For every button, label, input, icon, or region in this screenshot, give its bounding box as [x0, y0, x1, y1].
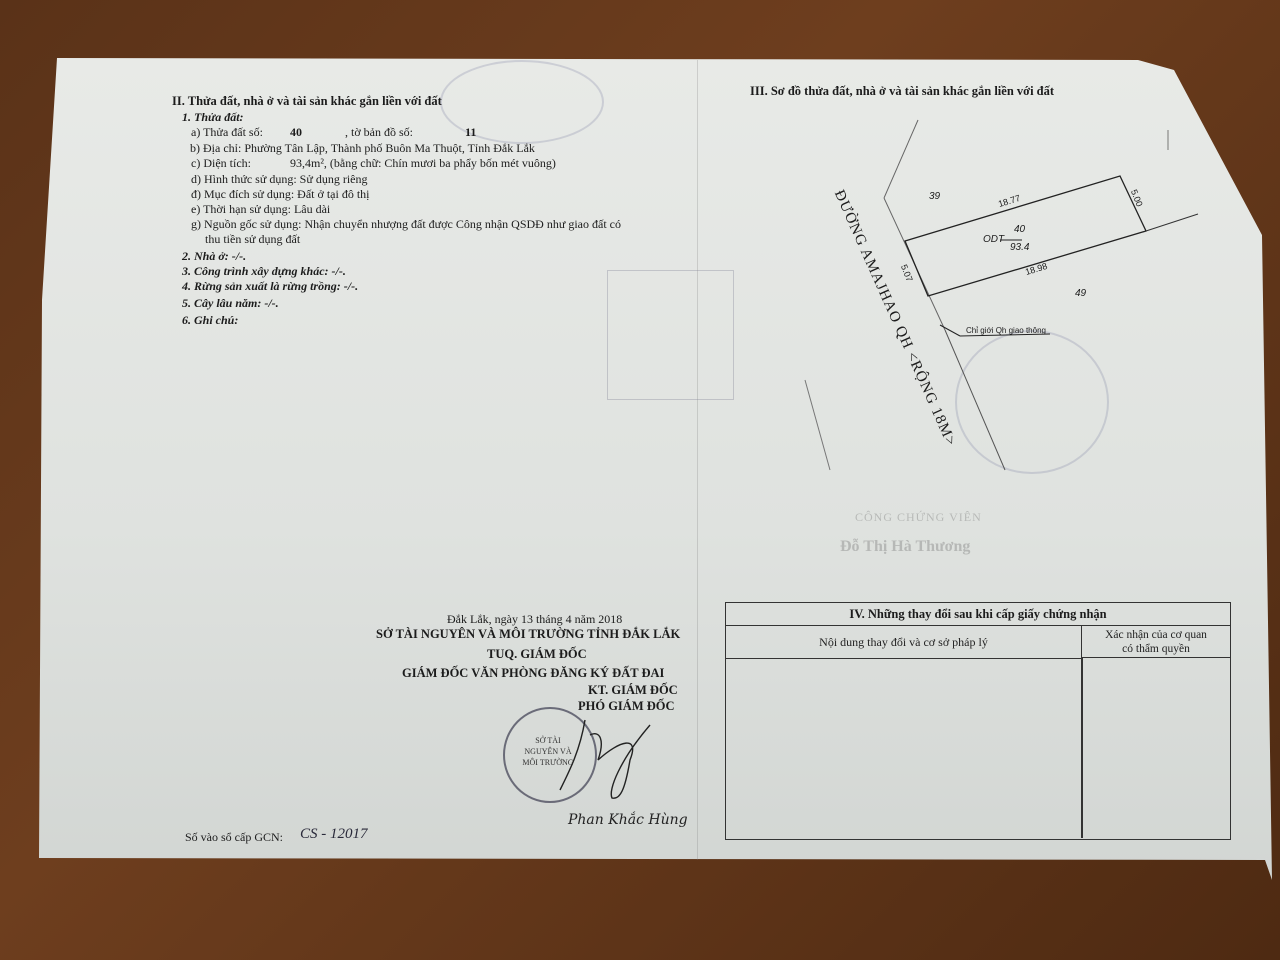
confirmation-line-2: có thẩm quyền: [1082, 642, 1230, 656]
changes-table-divider: [1081, 658, 1083, 838]
changes-column-confirmation: Xác nhận của cơ quan có thẩm quyền: [1082, 626, 1230, 658]
registry-value: CS - 12017: [300, 826, 368, 843]
changes-column-content: Nội dung thay đổi và cơ sở pháp lý: [726, 626, 1082, 659]
confirmation-line-1: Xác nhận của cơ quan: [1082, 628, 1230, 642]
signer-name: Phan Khắc Hùng: [568, 812, 688, 828]
registry-label: Số vào sổ cấp GCN:: [185, 830, 283, 845]
changes-table-title: IV. Những thay đổi sau khi cấp giấy chứn…: [726, 603, 1230, 626]
changes-table: IV. Những thay đổi sau khi cấp giấy chứn…: [725, 602, 1231, 840]
